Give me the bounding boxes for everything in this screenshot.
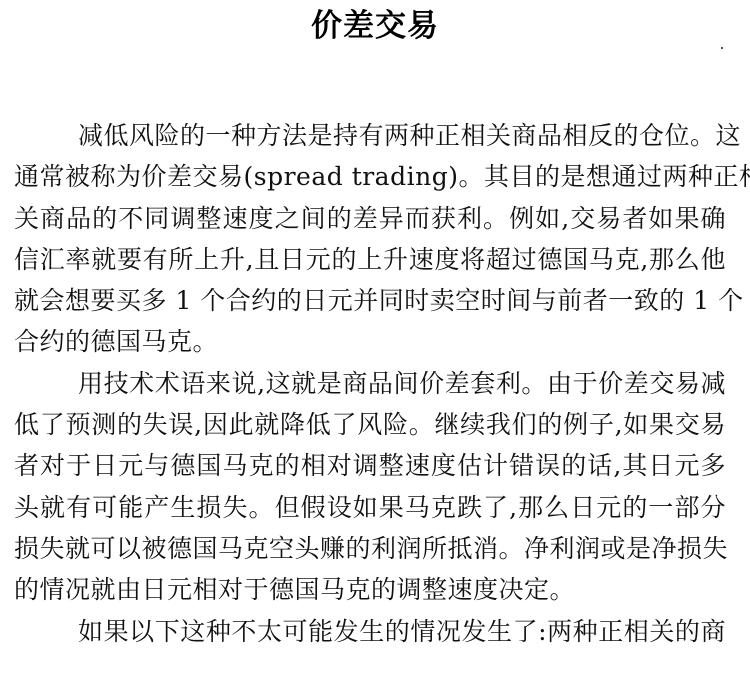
paragraph-2-line-1: 用技术术语来说,这就是商品间价差套利。由于价差交易减 bbox=[14, 363, 726, 404]
page-title: 价差交易 bbox=[0, 4, 750, 48]
paragraph-2-line-3: 者对于日元与德国马克的相对调整速度估计错误的话,其日元多 bbox=[14, 445, 726, 486]
paragraph-1-line-6: 合约的德国马克。 bbox=[14, 321, 726, 362]
paragraph-1-line-5: 就会想要买多 1 个合约的日元并同时卖空时间与前者一致的 1 个 bbox=[14, 280, 726, 321]
paragraph-3-line-1: 如果以下这种不太可能发生的情况发生了:两种正相关的商 bbox=[14, 611, 726, 652]
paragraph-2-line-6: 的情况就由日元相对于德国马克的调整速度决定。 bbox=[14, 569, 726, 610]
paragraph-2-line-2: 低了预测的失误,因此就降低了风险。继续我们的例子,如果交易 bbox=[14, 404, 726, 445]
paragraph-1-line-2: 通常被称为价差交易(spread trading)。其目的是想通过两种正相 bbox=[14, 156, 726, 197]
document-body: 减低风险的一种方法是持有两种正相关商品相反的仓位。这 通常被称为价差交易(spr… bbox=[14, 115, 726, 652]
paragraph-1-line-3: 关商品的不同调整速度之间的差异而获利。例如,交易者如果确 bbox=[14, 198, 726, 239]
paragraph-1-line-4: 信汇率就要有所上升,且日元的上升速度将超过德国马克,那么他 bbox=[14, 239, 726, 280]
scan-speck bbox=[721, 47, 723, 49]
paragraph-2-line-5: 损失就可以被德国马克空头赚的利润所抵消。净利润或是净损失 bbox=[14, 528, 726, 569]
paragraph-2-line-4: 头就有可能产生损失。但假设如果马克跌了,那么日元的一部分 bbox=[14, 487, 726, 528]
paragraph-1-line-1: 减低风险的一种方法是持有两种正相关商品相反的仓位。这 bbox=[14, 115, 726, 156]
document-page: 价差交易 减低风险的一种方法是持有两种正相关商品相反的仓位。这 通常被称为价差交… bbox=[0, 0, 750, 676]
